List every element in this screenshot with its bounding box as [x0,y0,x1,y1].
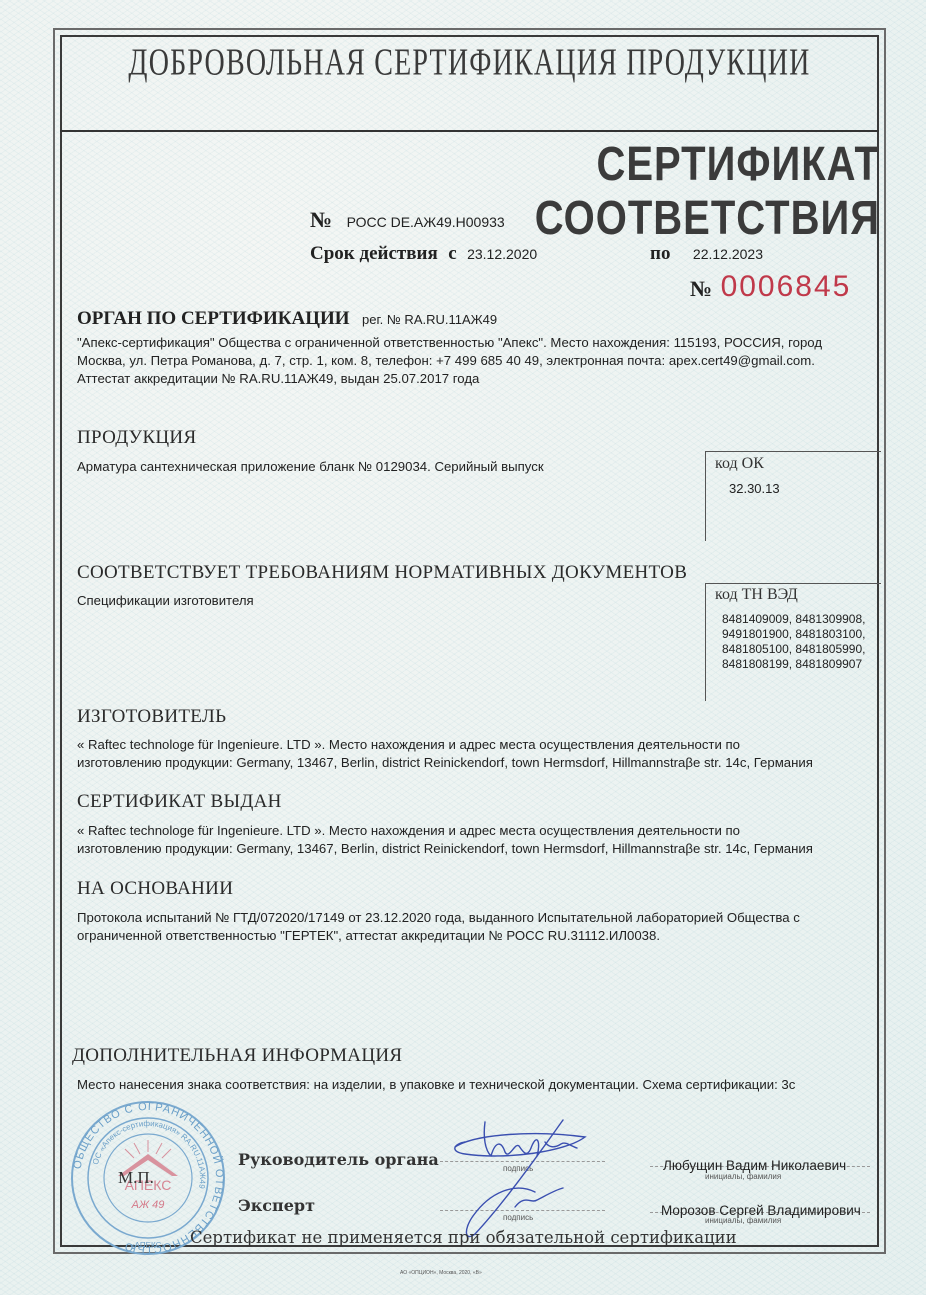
validity-row: Срок действия с 23.12.2020 [310,243,537,265]
certification-body-reg: рег. № RA.RU.11АЖ49 [362,312,497,327]
head-name: Любущин Вадим Николаевич [663,1158,846,1173]
basis-line: Протокола испытаний № ГТД/072020/17149 о… [77,909,887,927]
svg-text:«АПЕКС»: «АПЕКС» [130,1241,166,1250]
handwritten-signature [445,1112,595,1242]
certificate-number: РОСС DE.АЖ49.Н00933 [347,214,505,230]
manufacturer-line: « Raftec technologe für Ingenieure. LTD … [77,736,887,754]
product-heading: ПРОДУКЦИЯ [77,427,196,449]
certification-body-heading-row: ОРГАН ПО СЕРТИФИКАЦИИ рег. № RA.RU.11АЖ4… [77,308,497,330]
additional-info-text: Место нанесения знака соответствия: на и… [77,1076,887,1094]
certification-body-text: "Апекс-сертификация" Общества с ограниче… [77,334,887,388]
printer-imprint: АО «ОПЦИОН», Москва, 2020, «В» [400,1270,482,1276]
tnved-code-line: 8481808199, 8481809907 [722,657,881,672]
from-label: с [448,243,456,264]
certification-body-line: Аттестат аккредитации № RA.RU.11АЖ49, вы… [77,370,887,388]
ok-code-box: код ОК 32.30.13 [705,451,881,541]
form-number-symbol: № [690,276,712,301]
tnved-code-line: 8481805100, 8481805990, [722,642,881,657]
tnved-code-box: код ТН ВЭД 8481409009, 8481309908, 94918… [705,583,881,701]
compliance-heading: СООТВЕТСТВУЕТ ТРЕБОВАНИЯМ НОРМАТИВНЫХ ДО… [77,562,687,584]
issued-to-heading: СЕРТИФИКАТ ВЫДАН [77,791,282,813]
head-of-body-label: Руководитель органа [238,1150,439,1169]
certificate-number-row: № РОСС DE.АЖ49.Н00933 [310,207,505,233]
product-text: Арматура сантехническая приложение бланк… [77,458,544,476]
header-title: ДОБРОВОЛЬНАЯ СЕРТИФИКАЦИЯ ПРОДУКЦИИ [60,42,879,85]
certification-body-line: Москва, ул. Петра Романова, д. 7, стр. 1… [77,352,887,370]
stamp-place-label: М.П. [118,1168,154,1188]
valid-from: 23.12.2020 [467,246,537,262]
issued-to-line: изготовлению продукции: Germany, 13467, … [77,840,887,858]
basis-heading: НА ОСНОВАНИИ [77,878,233,900]
manufacturer-line: изготовлению продукции: Germany, 13467, … [77,754,887,772]
tnved-code-line: 9491801900, 8481803100, [722,627,881,642]
validity-to-row: по 22.12.2023 [650,243,763,265]
tnved-code-line: 8481409009, 8481309908, [722,612,881,627]
basis-text: Протокола испытаний № ГТД/072020/17149 о… [77,909,887,945]
footer-note: Сертификат не применяется при обязательн… [190,1228,737,1247]
issued-to-text: « Raftec technologe für Ingenieure. LTD … [77,822,887,858]
signature-icon [445,1112,595,1242]
basis-line: ограниченной ответственностью "ГЕРТЕК", … [77,927,887,945]
compliance-text: Спецификации изготовителя [77,592,254,610]
ok-code-value: 32.30.13 [729,481,881,496]
svg-text:АЖ 49: АЖ 49 [131,1199,165,1211]
manufacturer-text: « Raftec technologe für Ingenieure. LTD … [77,736,887,772]
valid-to: 22.12.2023 [693,246,763,262]
to-label: по [650,243,670,264]
certification-body-heading: ОРГАН ПО СЕРТИФИКАЦИИ [77,308,350,329]
issued-to-line: « Raftec technologe für Ingenieure. LTD … [77,822,887,840]
expert-label: Эксперт [238,1196,315,1215]
additional-info-heading: ДОПОЛНИТЕЛЬНАЯ ИНФОРМАЦИЯ [72,1045,402,1067]
form-number-row: № 0006845 [690,270,851,304]
validity-label: Срок действия [310,243,438,264]
header-divider [60,130,879,132]
form-serial-number: 0006845 [721,270,852,303]
tnved-code-label: код ТН ВЭД [715,586,881,604]
ok-code-label: код ОК [715,455,881,473]
head-name-caption: инициалы, фамилия [705,1172,781,1181]
manufacturer-heading: ИЗГОТОВИТЕЛЬ [77,706,226,728]
certification-body-line: "Апекс-сертификация" Общества с ограниче… [77,334,887,352]
expert-name-caption: инициалы, фамилия [705,1216,781,1225]
number-symbol: № [310,207,332,232]
tnved-code-list: 8481409009, 8481309908, 9491801900, 8481… [722,612,881,672]
